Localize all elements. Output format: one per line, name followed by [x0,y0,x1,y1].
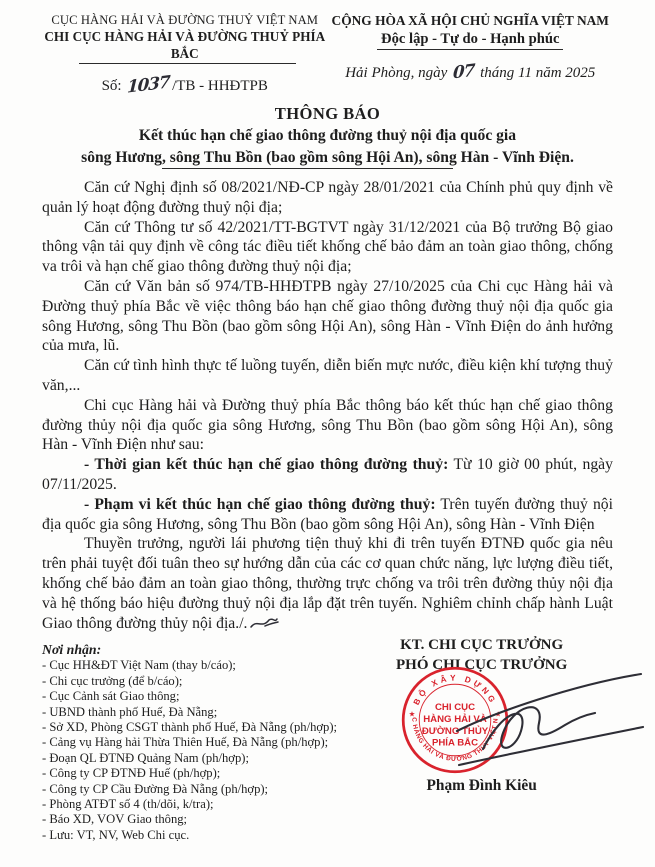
document-number: Số: 1037/TB - HHĐTPB [42,74,328,95]
paragraph-legal-basis-1: Căn cứ Nghị định số 08/2021/NĐ-CP ngày 2… [42,178,613,218]
recipient-item: - Công ty CP Cầu Đường Đà Nẵng (ph/hợp); [42,782,350,797]
handwritten-initial-mark [249,616,279,630]
national-motto: Độc lập - Tự do - Hạnh phúc [377,30,563,50]
paragraph-legal-basis-2: Căn cứ Thông tư số 42/2021/TT-BGTVT ngày… [42,218,613,277]
recipient-item: - Công ty CP ĐTNĐ Huế (ph/hợp); [42,766,350,781]
national-title: CỘNG HÒA XÃ HỘI CHỦ NGHĨA VIỆT NAM [328,12,614,29]
parent-agency-name: CỤC HÀNG HẢI VÀ ĐƯỜNG THUỶ VIỆT NAM [42,12,328,28]
agency-underline-rule [79,63,296,64]
paragraph-instructions: Thuyền trưởng, người lái phương tiện thu… [42,534,613,633]
recipient-item: - Cục HH&ĐT Việt Nam (thay b/cáo); [42,658,350,673]
paragraph-legal-basis-4: Căn cứ tình hình thực tế luồng tuyến, di… [42,356,613,396]
recipient-item: - Chi cục trưởng (để b/cáo); [42,674,350,689]
paragraph-end-time: - Thời gian kết thúc hạn chế giao thông … [42,455,613,495]
document-footer: Nơi nhận: - Cục HH&ĐT Việt Nam (thay b/c… [42,635,613,847]
place-date-line: Hải Phòng, ngày 07 tháng 11 năm 2025 [328,61,614,82]
paragraph-scope: - Phạm vi kết thúc hạn chế giao thông đư… [42,495,613,535]
document-subject-line2: sông Hương, sông Thu Bồn (bao gồm sông H… [42,147,613,169]
document-number-label: Số: [102,78,122,94]
document-header: CỤC HÀNG HẢI VÀ ĐƯỜNG THUỶ VIỆT NAM CHI … [42,12,613,95]
document-page: CỤC HÀNG HẢI VÀ ĐƯỜNG THUỶ VIỆT NAM CHI … [0,0,655,867]
recipients-heading: Nơi nhận: [42,641,350,658]
document-subject-line1: Kết thúc hạn chế giao thông đường thuỷ n… [42,125,613,147]
paragraph-announcement: Chi cục Hàng hải và Đường thuỷ phía Bắc … [42,396,613,455]
agency-name: CHI CỤC HÀNG HẢI VÀ ĐƯỜNG THUỶ PHÍA BẮC [42,28,328,62]
recipient-item: - Cảng vụ Hàng hải Thừa Thiên Huế, Đà Nẵ… [42,735,350,750]
handwritten-document-number: 1037 [125,71,172,97]
document-type-title: THÔNG BÁO [42,103,613,125]
document-number-suffix: /TB - HHĐTPB [172,78,268,94]
recipient-item: - Đoạn QL ĐTNĐ Quảng Nam (ph/hợp); [42,751,350,766]
end-time-label: - Thời gian kết thúc hạn chế giao thông … [84,456,448,473]
handwritten-day: 07 [451,59,477,82]
title-underline-rule [162,168,453,169]
signer-name: Phạm Đình Kiêu [350,777,613,795]
scope-label: - Phạm vi kết thúc hạn chế giao thông đư… [84,496,436,513]
handwritten-signature [453,669,645,771]
seal-star-left-icon: ★ [409,710,416,719]
paragraph-legal-basis-3: Căn cứ Văn bản số 974/TB-HHĐTPB ngày 27/… [42,277,613,356]
signer-title-on-behalf: KT. CHI CỤC TRƯỞNG [350,635,613,655]
recipients-block: Nơi nhận: - Cục HH&ĐT Việt Nam (thay b/c… [42,635,350,847]
recipient-item: - Lưu: VT, NV, Web Chi cục. [42,828,350,843]
recipient-item: - Sở XD, Phòng CSGT thành phố Huế, Đà Nẵ… [42,720,350,735]
document-title-block: THÔNG BÁO Kết thúc hạn chế giao thông đư… [42,103,613,169]
signature-block: KT. CHI CỤC TRƯỞNG PHÓ CHI CỤC TRƯỞNG BỘ… [350,635,613,847]
recipient-item: - Cục Cảnh sát Giao thông; [42,689,350,704]
date-prefix: Hải Phòng, ngày [345,65,447,81]
issuing-agency-block: CỤC HÀNG HẢI VÀ ĐƯỜNG THUỶ VIỆT NAM CHI … [42,12,328,95]
national-motto-block: CỘNG HÒA XÃ HỘI CHỦ NGHĨA VIỆT NAM Độc l… [328,12,614,95]
recipient-item: - UBND thành phố Huế, Đà Nẵng; [42,705,350,720]
recipient-item: - Báo XD, VOV Giao thông; [42,812,350,827]
recipient-item: - Phòng ATĐT số 4 (th/dõi, k/tra); [42,797,350,812]
recipients-list: - Cục HH&ĐT Việt Nam (thay b/cáo);- Chi … [42,658,350,843]
date-suffix: tháng 11 năm 2025 [480,65,595,81]
document-body: Căn cứ Nghị định số 08/2021/NĐ-CP ngày 2… [42,178,613,633]
